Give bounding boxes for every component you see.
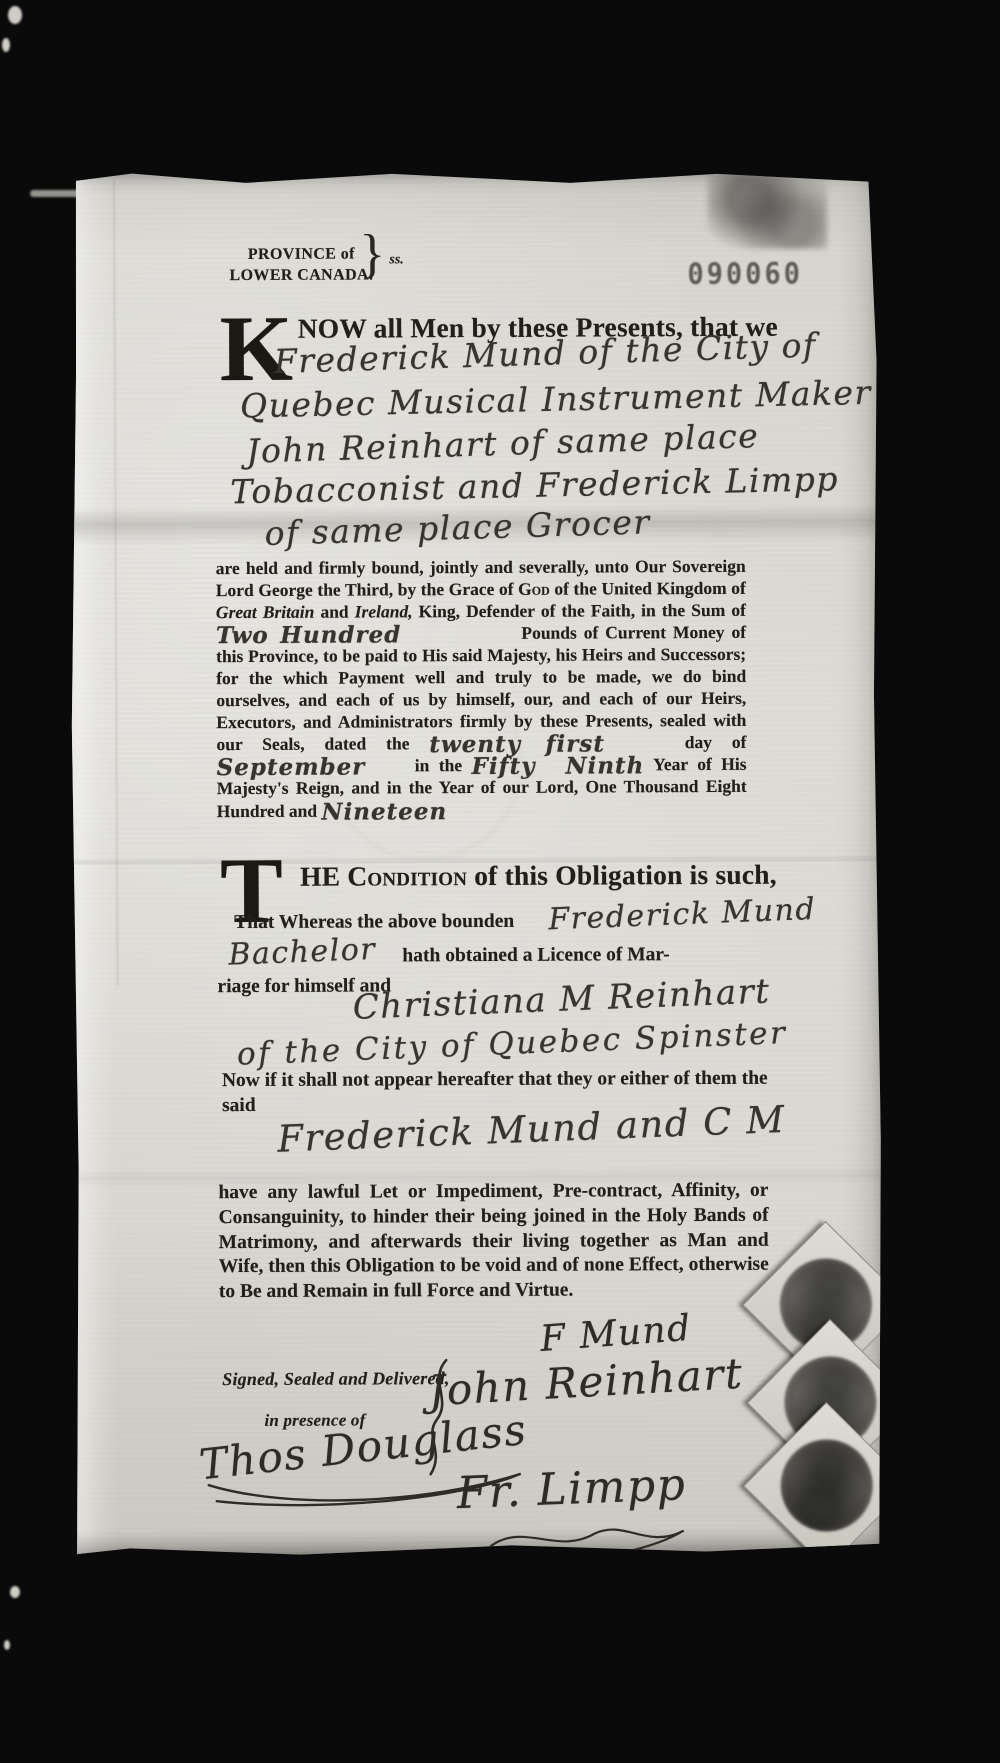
- printed-segment: in the: [405, 755, 471, 775]
- handwritten-bachelor: Bachelor: [228, 932, 377, 973]
- printed-segment: King, Defender of the Faith, in the Sum …: [413, 600, 746, 621]
- province-line2: LOWER CANADA.: [225, 265, 377, 286]
- printed-segment-ireland: Ireland,: [355, 601, 413, 621]
- scan-artifact: [10, 1586, 20, 1598]
- paper-left-edge-highlight: [67, 170, 119, 1560]
- limpp-flourish: [485, 1519, 695, 1564]
- ss-abbreviation: ss.: [389, 252, 403, 268]
- stamp-number: 090060: [687, 257, 803, 291]
- signature-fr-limpp: Fr. Limpp: [456, 1459, 687, 1519]
- handwritten-line: Quebec Musical Instrument Maker: [240, 373, 873, 426]
- handwritten-groom-name: Frederick Mund: [548, 892, 817, 937]
- printed-segment-god: God: [518, 579, 550, 599]
- condition-heading: HE Condition of this Obligation is such,: [300, 859, 777, 893]
- handwritten-bride-place: of the City of Quebec Spinster: [236, 1015, 788, 1073]
- scan-artifact: [30, 190, 82, 197]
- printed-segment: HE: [300, 861, 347, 892]
- scan-artifact: [8, 6, 22, 24]
- printed-segment-condition: Condition: [347, 860, 467, 892]
- printed-segment: of the United Kingdom of: [550, 578, 746, 599]
- bond-paragraph: are held and firmly bound, jointly and s…: [216, 555, 747, 822]
- vertical-fold-crease: [113, 180, 119, 986]
- ink-smudge: [707, 172, 827, 249]
- handwritten-year: Nineteen: [321, 798, 447, 826]
- scan-artifact: [4, 1640, 10, 1650]
- printed-segment: day of: [665, 732, 747, 752]
- scanned-marriage-bond-document: PROVINCE of LOWER CANADA. } ss. 090060 K…: [0, 0, 1000, 1763]
- scan-artifact: [2, 38, 10, 52]
- province-line1: PROVINCE of: [225, 244, 377, 265]
- printed-segment: of this Obligation is such,: [467, 859, 777, 891]
- paper-page: PROVINCE of LOWER CANADA. } ss. 090060 K…: [67, 166, 885, 1560]
- impediment-paragraph: have any lawful Let or Impediment, Pre-c…: [218, 1179, 769, 1305]
- header-brace: }: [359, 226, 385, 280]
- handwritten-line: of same place Grocer: [264, 502, 651, 553]
- licence-line: hath obtained a Licence of Mar-: [402, 943, 669, 969]
- signature-john-reinhart: John Reinhart: [427, 1349, 744, 1416]
- printed-segment-great-britain: Great Britain: [216, 602, 315, 622]
- signed-sealed-label: Signed, Sealed and Delivered,: [222, 1368, 449, 1390]
- paper-bottom-shadow: [73, 1526, 885, 1560]
- province-header: PROVINCE of LOWER CANADA.: [225, 244, 377, 286]
- printed-segment: and: [314, 602, 354, 622]
- wax-seal: [743, 1402, 910, 1569]
